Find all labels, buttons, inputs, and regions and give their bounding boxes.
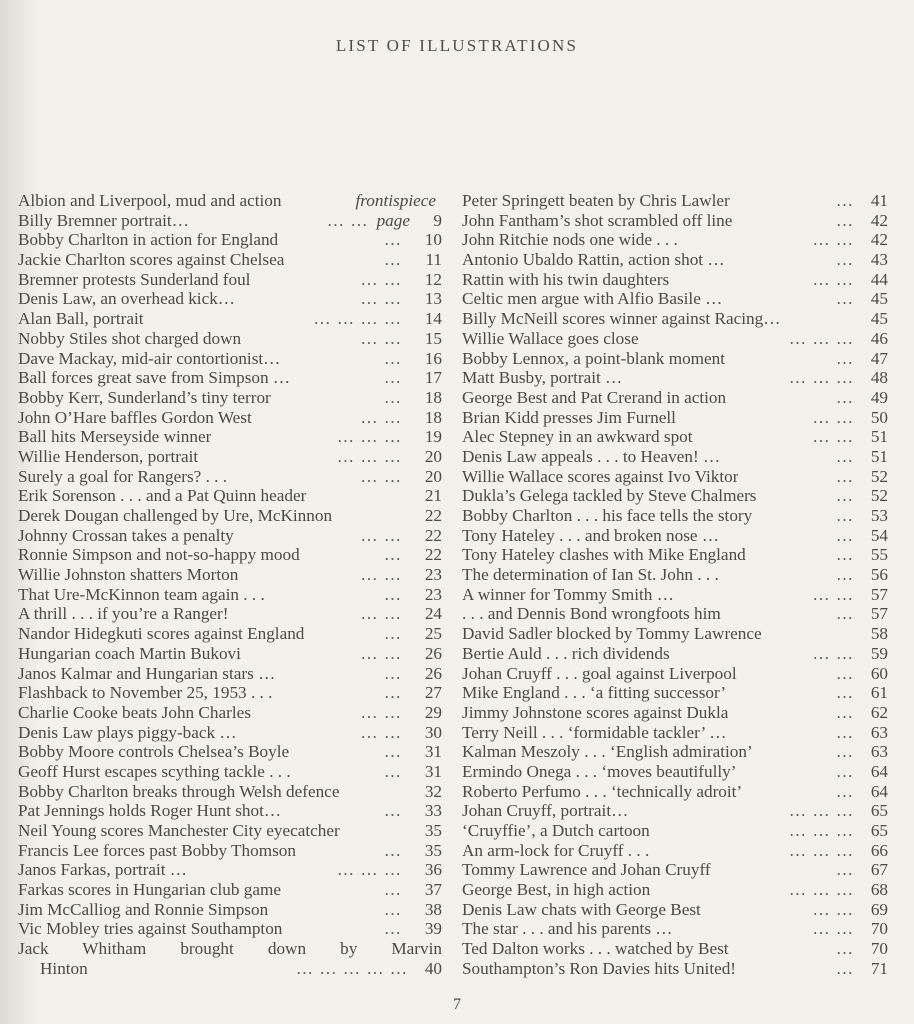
illustration-page-number: 20: [416, 467, 442, 487]
illustration-caption: Janos Farkas, portrait …: [18, 860, 187, 880]
illustration-page-number: 41: [862, 191, 888, 211]
illustration-caption: Flashback to November 25, 1953 . . .: [18, 683, 272, 703]
dot-leader: … …: [237, 723, 410, 743]
illustration-page-number: 39: [416, 919, 442, 939]
illustration-page-number: 48: [862, 368, 888, 388]
illustration-entry: Nandor Hidegkuti scores against England……: [18, 624, 442, 644]
illustration-page-number: 53: [862, 506, 888, 526]
dot-leader: … …: [238, 565, 410, 585]
illustration-page-number: 20: [416, 447, 442, 467]
illustration-caption: Surely a goal for Rangers? . . .: [18, 467, 227, 487]
dot-leader: …: [296, 841, 410, 861]
illustration-page-number: 51: [862, 427, 888, 447]
illustration-entry: Antonio Ubaldo Rattin, action shot ……43: [462, 250, 888, 270]
illustration-caption: Denis Law chats with George Best: [462, 900, 701, 920]
illustration-entry: Janos Kalmar and Hungarian stars ……26: [18, 664, 442, 684]
illustration-page-number: 25: [416, 624, 442, 644]
illustration-page-number: 69: [862, 900, 888, 920]
dot-leader: … …: [673, 919, 863, 939]
illustration-page-number: 9: [416, 211, 442, 231]
illustration-entry: Willie Wallace scores against Ivo Viktor…: [462, 467, 888, 487]
dot-leader: … … …: [211, 427, 410, 447]
dot-leader: …: [725, 349, 862, 369]
illustration-caption: Rattin with his twin daughters: [462, 270, 669, 290]
illustration-caption: A winner for Tommy Smith …: [462, 585, 674, 605]
left-illustrations-column: Albion and Liverpool, mud and actionfron…: [18, 191, 442, 979]
illustration-page-number: 52: [862, 486, 888, 506]
dot-leader: …: [752, 506, 862, 526]
dot-leader: …: [278, 230, 410, 250]
illustration-caption: Kalman Meszoly . . . ‘English admiration…: [462, 742, 753, 762]
illustration-caption: The star . . . and his parents …: [462, 919, 673, 939]
illustration-page-number: 54: [862, 526, 888, 546]
illustration-entry: ‘Cruyffie’, a Dutch cartoon… … …65: [462, 821, 888, 841]
illustration-entry: Vic Mobley tries against Southampton…39: [18, 919, 442, 939]
illustration-caption: Ball forces great save from Simpson …: [18, 368, 290, 388]
illustration-entry: Ball hits Merseyside winner… … …19: [18, 427, 442, 447]
illustration-page-number: 18: [416, 408, 442, 428]
dot-leader: …: [722, 289, 862, 309]
illustration-caption: Bobby Kerr, Sunderland’s tiny terror: [18, 388, 271, 408]
illustration-page-number: 26: [416, 664, 442, 684]
illustration-caption: Peter Springett beaten by Chris Lawler: [462, 191, 730, 211]
illustration-entry: Johnny Crossan takes a penalty… …22: [18, 526, 442, 546]
illustration-caption: Mike England . . . ‘a fitting successor’: [462, 683, 726, 703]
illustration-page-number: 45: [862, 289, 888, 309]
dot-leader: …: [742, 782, 862, 802]
illustration-page-number: 71: [862, 959, 888, 979]
illustration-page-number: 22: [416, 526, 442, 546]
illustration-caption-line2-row: Hinton… … … … …40: [18, 959, 442, 979]
illustration-caption: Billy Bremner portrait…: [18, 211, 189, 231]
illustration-page-number: 65: [862, 801, 888, 821]
illustration-caption: Celtic men argue with Alfio Basile …: [462, 289, 722, 309]
illustration-caption: Willie Henderson, portrait: [18, 447, 198, 467]
dot-leader: … …: [693, 427, 862, 447]
illustration-entry: An arm-lock for Cruyff . . .… … …66: [462, 841, 888, 861]
illustration-caption: Erik Sorenson . . . and a Pat Quinn head…: [18, 486, 306, 506]
illustration-entry: Tony Hateley . . . and broken nose ……54: [462, 526, 888, 546]
illustration-page-number: 13: [416, 289, 442, 309]
illustration-entry: Dave Mackay, mid-air contortionist……16: [18, 349, 442, 369]
illustration-entry: Billy McNeill scores winner against Raci…: [462, 309, 888, 329]
illustration-entry: Flashback to November 25, 1953 . . .…27: [18, 683, 442, 703]
dot-leader: … …: [227, 467, 410, 487]
illustration-page-number: 31: [416, 762, 442, 782]
illustration-caption: An arm-lock for Cruyff . . .: [462, 841, 649, 861]
illustration-page-number: 63: [862, 742, 888, 762]
illustration-entry: Ted Dalton works . . . watched by Best…7…: [462, 939, 888, 959]
illustration-caption: Jimmy Johnstone scores against Dukla: [462, 703, 728, 723]
illustration-caption: Nobby Stiles shot charged down: [18, 329, 241, 349]
illustration-entry: Bobby Charlton . . . his face tells the …: [462, 506, 888, 526]
illustration-page-number: 51: [862, 447, 888, 467]
illustration-entry: Dukla’s Gelega tackled by Steve Chalmers…: [462, 486, 888, 506]
illustration-caption: Ball hits Merseyside winner: [18, 427, 211, 447]
illustration-page-number: 40: [416, 959, 442, 979]
illustration-page-number: 36: [416, 860, 442, 880]
illustration-page-number: 68: [862, 880, 888, 900]
illustration-entry: Alan Ball, portrait… … … …14: [18, 309, 442, 329]
page-prefix-label: frontispiece: [355, 191, 442, 211]
dot-leader: …: [265, 585, 410, 605]
illustration-caption: Alec Stepney in an awkward spot: [462, 427, 693, 447]
dot-leader: …: [728, 703, 862, 723]
illustration-page-number: 64: [862, 762, 888, 782]
illustration-caption: David Sadler blocked by Tommy Lawrence: [462, 624, 762, 644]
dot-leader: … …: [235, 289, 410, 309]
illustration-page-number: 14: [416, 309, 442, 329]
illustration-entry: Matt Busby, portrait …… … …48: [462, 368, 888, 388]
illustration-entry: Johan Cruyff . . . goal against Liverpoo…: [462, 664, 888, 684]
illustration-entry: Denis Law chats with George Best… …69: [462, 900, 888, 920]
illustration-page-number: 29: [416, 703, 442, 723]
dot-leader: … … …: [649, 841, 862, 861]
illustration-entry: David Sadler blocked by Tommy Lawrence58: [462, 624, 888, 644]
illustration-caption: Johan Cruyff . . . goal against Liverpoo…: [462, 664, 737, 684]
illustration-page-number: 10: [416, 230, 442, 250]
dot-leader: …: [729, 939, 862, 959]
illustration-page-number: 56: [862, 565, 888, 585]
illustration-entry: Janos Farkas, portrait …… … …36: [18, 860, 442, 880]
dot-leader: …: [304, 624, 410, 644]
dot-leader: …: [284, 250, 410, 270]
illustration-entry: A thrill . . . if you’re a Ranger!… …24: [18, 604, 442, 624]
illustration-entry: Alec Stepney in an awkward spot… …51: [462, 427, 888, 447]
illustration-page-number: 67: [862, 860, 888, 880]
illustration-entry: Jackie Charlton scores against Chelsea…1…: [18, 250, 442, 270]
page-title: LIST OF ILLUSTRATIONS: [0, 36, 914, 56]
illustration-entry: John O’Hare baffles Gordon West… …18: [18, 408, 442, 428]
illustration-page-number: 23: [416, 565, 442, 585]
dot-leader: … …: [670, 644, 862, 664]
dot-leader: … …: [241, 644, 410, 664]
illustration-page-number: 26: [416, 644, 442, 664]
illustration-caption: Pat Jennings holds Roger Hunt shot…: [18, 801, 281, 821]
dot-leader: … …: [674, 585, 862, 605]
illustration-entry: Bobby Moore controls Chelsea’s Boyle…31: [18, 742, 442, 762]
dot-leader: … … … … …: [88, 959, 416, 979]
illustration-page-number: 33: [416, 801, 442, 821]
illustration-caption: Jim McCalliog and Ronnie Simpson: [18, 900, 268, 920]
illustration-entry: Tommy Lawrence and Johan Cruyff…67: [462, 860, 888, 880]
illustration-caption: Bremner protests Sunderland foul: [18, 270, 250, 290]
illustration-caption: Derek Dougan challenged by Ure, McKinnon: [18, 506, 332, 526]
illustration-page-number: 63: [862, 723, 888, 743]
illustration-caption: Tony Hateley clashes with Mike England: [462, 545, 746, 565]
dot-leader: … …: [701, 900, 862, 920]
illustration-caption: Bobby Lennox, a point-blank moment: [462, 349, 725, 369]
illustration-page-number: 59: [862, 644, 888, 664]
illustration-entry: Mike England . . . ‘a fitting successor’…: [462, 683, 888, 703]
illustration-entry: Johan Cruyff, portrait…… … …65: [462, 801, 888, 821]
illustration-entry: Tony Hateley clashes with Mike England…5…: [462, 545, 888, 565]
illustration-page-number: 37: [416, 880, 442, 900]
illustration-page-number: 47: [862, 349, 888, 369]
illustration-entry: Farkas scores in Hungarian club game…37: [18, 880, 442, 900]
dot-leader: …: [746, 545, 862, 565]
illustration-page-number: 65: [862, 821, 888, 841]
dot-leader: …: [280, 349, 410, 369]
dot-leader: …: [725, 250, 862, 270]
illustration-entry: Bremner protests Sunderland foul… …12: [18, 270, 442, 290]
dot-leader: … … …: [639, 329, 862, 349]
illustration-page-number: 38: [416, 900, 442, 920]
dot-leader: …: [711, 860, 862, 880]
illustration-page-number: 32: [416, 782, 442, 802]
illustration-entry: Francis Lee forces past Bobby Thomson…35: [18, 841, 442, 861]
illustration-caption: Denis Law appeals . . . to Heaven! …: [462, 447, 720, 467]
illustration-entry: Pat Jennings holds Roger Hunt shot……33: [18, 801, 442, 821]
illustration-page-number: 12: [416, 270, 442, 290]
dot-leader: …: [289, 742, 410, 762]
page-number: 7: [0, 996, 914, 1014]
illustration-entry: Terry Neill . . . ‘formidable tackler’ ……: [462, 723, 888, 743]
illustration-entry: Jimmy Johnstone scores against Dukla…62: [462, 703, 888, 723]
illustration-caption: Bobby Moore controls Chelsea’s Boyle: [18, 742, 289, 762]
dot-leader: … … …: [187, 860, 410, 880]
dot-leader: … … … …: [144, 309, 410, 329]
illustration-page-number: 27: [416, 683, 442, 703]
dot-leader: …: [736, 959, 862, 979]
illustration-entry: George Best, in high action… … …68: [462, 880, 888, 900]
illustration-entry: Surely a goal for Rangers? . . .… …20: [18, 467, 442, 487]
illustration-caption: That Ure-McKinnon team again . . .: [18, 585, 265, 605]
illustration-entry: Derek Dougan challenged by Ure, McKinnon…: [18, 506, 442, 526]
illustration-caption: Alan Ball, portrait: [18, 309, 144, 329]
illustration-page-number: 57: [862, 585, 888, 605]
illustration-caption: Ermindo Onega . . . ‘moves beautifully’: [462, 762, 736, 782]
illustration-entry: Denis Law plays piggy-back …… …30: [18, 723, 442, 743]
illustration-caption: Antonio Ubaldo Rattin, action shot …: [462, 250, 725, 270]
illustration-page-number: 31: [416, 742, 442, 762]
illustration-caption: Hungarian coach Martin Bukovi: [18, 644, 241, 664]
illustration-entry: Billy Bremner portrait…… …page9: [18, 211, 442, 231]
illustration-caption: Ted Dalton works . . . watched by Best: [462, 939, 729, 959]
dot-leader: …: [268, 900, 410, 920]
illustration-page-number: 62: [862, 703, 888, 723]
illustration-entry: Bobby Charlton in action for England…10: [18, 230, 442, 250]
illustration-entry: John Fantham’s shot scrambled off line…4…: [462, 211, 888, 231]
illustration-page-number: 35: [416, 821, 442, 841]
illustration-page-number: 50: [862, 408, 888, 428]
illustration-entry: George Best and Pat Crerand in action…49: [462, 388, 888, 408]
dot-leader: … …: [250, 270, 410, 290]
dot-leader: … … …: [622, 368, 862, 388]
illustration-entry: Bobby Charlton breaks through Welsh defe…: [18, 782, 442, 802]
illustration-caption: Bobby Charlton . . . his face tells the …: [462, 506, 752, 526]
illustration-entry: Willie Johnston shatters Morton… …23: [18, 565, 442, 585]
illustration-caption: Ronnie Simpson and not-so-happy mood: [18, 545, 300, 565]
illustration-entry: Willie Wallace goes close… … …46: [462, 329, 888, 349]
illustration-page-number: 70: [862, 939, 888, 959]
dot-leader: … …: [189, 211, 377, 231]
illustration-entry: Albion and Liverpool, mud and actionfron…: [18, 191, 442, 211]
illustration-caption: George Best, in high action: [462, 880, 650, 900]
illustration-caption: Roberto Perfumo . . . ‘technically adroi…: [462, 782, 742, 802]
dot-leader: …: [736, 762, 862, 782]
illustration-caption: Charlie Cooke beats John Charles: [18, 703, 251, 723]
dot-leader: …: [738, 467, 862, 487]
illustration-caption: Denis Law plays piggy-back …: [18, 723, 237, 743]
illustration-caption: A thrill . . . if you’re a Ranger!: [18, 604, 229, 624]
illustration-entry: John Ritchie nods one wide . . .… …42: [462, 230, 888, 250]
illustration-caption: Jackie Charlton scores against Chelsea: [18, 250, 284, 270]
illustration-caption: Neil Young scores Manchester City eyecat…: [18, 821, 340, 841]
illustration-page-number: 61: [862, 683, 888, 703]
illustration-page-number: 49: [862, 388, 888, 408]
dot-leader: …: [720, 447, 862, 467]
dot-leader: …: [281, 801, 410, 821]
page-prefix-label: page: [377, 211, 416, 231]
illustration-page-number: 64: [862, 782, 888, 802]
illustration-entry: Bobby Lennox, a point-blank moment…47: [462, 349, 888, 369]
illustration-caption: Willie Wallace goes close: [462, 329, 639, 349]
illustration-page-number: 57: [862, 604, 888, 624]
dot-leader: …: [290, 368, 410, 388]
illustration-caption: John Ritchie nods one wide . . .: [462, 230, 678, 250]
illustration-caption: Willie Wallace scores against Ivo Viktor: [462, 467, 738, 487]
dot-leader: …: [719, 526, 862, 546]
illustration-entry: Charlie Cooke beats John Charles… …29: [18, 703, 442, 723]
illustration-caption-line2: Hinton: [40, 959, 88, 979]
dot-leader: … …: [251, 703, 410, 723]
illustration-entry: Erik Sorenson . . . and a Pat Quinn head…: [18, 486, 442, 506]
illustration-caption: George Best and Pat Crerand in action: [462, 388, 726, 408]
illustration-entry: Roberto Perfumo . . . ‘technically adroi…: [462, 782, 888, 802]
dot-leader: … …: [229, 604, 411, 624]
illustration-page-number: 45: [862, 309, 888, 329]
illustration-entry: Peter Springett beaten by Chris Lawler…4…: [462, 191, 888, 211]
dot-leader: … … …: [628, 801, 862, 821]
illustration-page-number: 55: [862, 545, 888, 565]
dot-leader: …: [732, 211, 862, 231]
dot-leader: … …: [669, 270, 862, 290]
dot-leader: …: [753, 742, 862, 762]
illustration-caption: Vic Mobley tries against Southampton: [18, 919, 282, 939]
illustration-caption-line1: Jack Whitham brought down by Marvin: [18, 939, 442, 959]
dot-leader: …: [282, 919, 410, 939]
dot-leader: …: [726, 723, 862, 743]
dot-leader: …: [271, 388, 410, 408]
illustration-entry: Ball forces great save from Simpson ……17: [18, 368, 442, 388]
illustration-caption: Tommy Lawrence and Johan Cruyff: [462, 860, 711, 880]
illustration-entry: Bobby Kerr, Sunderland’s tiny terror…18: [18, 388, 442, 408]
illustration-caption: Albion and Liverpool, mud and action: [18, 191, 282, 211]
illustration-caption: Willie Johnston shatters Morton: [18, 565, 238, 585]
illustration-entry: Neil Young scores Manchester City eyecat…: [18, 821, 442, 841]
dot-leader: … … …: [198, 447, 410, 467]
illustration-caption: Francis Lee forces past Bobby Thomson: [18, 841, 296, 861]
illustration-caption: Billy McNeill scores winner against Raci…: [462, 309, 780, 329]
illustration-page-number: 42: [862, 211, 888, 231]
illustration-caption: Dave Mackay, mid-air contortionist…: [18, 349, 280, 369]
dot-leader: … … …: [650, 880, 862, 900]
illustration-page-number: 44: [862, 270, 888, 290]
illustration-entry: Southampton’s Ron Davies hits United!…71: [462, 959, 888, 979]
illustration-page-number: 52: [862, 467, 888, 487]
illustration-page-number: 16: [416, 349, 442, 369]
illustration-page-number: 19: [416, 427, 442, 447]
illustration-entry: Kalman Meszoly . . . ‘English admiration…: [462, 742, 888, 762]
illustration-caption: Dukla’s Gelega tackled by Steve Chalmers: [462, 486, 757, 506]
dot-leader: …: [726, 683, 862, 703]
illustration-entry: Hungarian coach Martin Bukovi… …26: [18, 644, 442, 664]
illustration-caption: Janos Kalmar and Hungarian stars …: [18, 664, 275, 684]
illustration-caption: John O’Hare baffles Gordon West: [18, 408, 252, 428]
illustration-page-number: 70: [862, 919, 888, 939]
illustration-caption: Bobby Charlton breaks through Welsh defe…: [18, 782, 339, 802]
illustration-page-number: 60: [862, 664, 888, 684]
illustration-page-number: 30: [416, 723, 442, 743]
illustration-page-number: 23: [416, 585, 442, 605]
dot-leader: …: [272, 683, 410, 703]
illustration-page-number: 11: [416, 250, 442, 270]
illustration-entry: The star . . . and his parents …… …70: [462, 919, 888, 939]
illustration-caption: Bertie Auld . . . rich dividends: [462, 644, 670, 664]
illustration-caption: The determination of Ian St. John . . .: [462, 565, 719, 585]
illustration-caption: Tony Hateley . . . and broken nose …: [462, 526, 719, 546]
illustration-entry: Denis Law appeals . . . to Heaven! ……51: [462, 447, 888, 467]
illustration-page-number: 66: [862, 841, 888, 861]
illustration-page-number: 15: [416, 329, 442, 349]
illustration-caption: Terry Neill . . . ‘formidable tackler’ …: [462, 723, 726, 743]
illustration-caption: Southampton’s Ron Davies hits United!: [462, 959, 736, 979]
illustration-page-number: 17: [416, 368, 442, 388]
dot-leader: …: [730, 191, 862, 211]
illustration-entry: That Ure-McKinnon team again . . .…23: [18, 585, 442, 605]
illustration-caption: . . . and Dennis Bond wrongfoots him: [462, 604, 721, 624]
illustration-entry: Denis Law, an overhead kick…… …13: [18, 289, 442, 309]
illustration-caption: ‘Cruyffie’, a Dutch cartoon: [462, 821, 650, 841]
illustration-entry: Brian Kidd presses Jim Furnell… …50: [462, 408, 888, 428]
dot-leader: …: [737, 664, 862, 684]
illustration-entry: The determination of Ian St. John . . .……: [462, 565, 888, 585]
illustration-entry: Bertie Auld . . . rich dividends… …59: [462, 644, 888, 664]
illustration-entry: Celtic men argue with Alfio Basile ……45: [462, 289, 888, 309]
illustration-caption: Farkas scores in Hungarian club game: [18, 880, 281, 900]
illustration-caption: Matt Busby, portrait …: [462, 368, 622, 388]
dot-leader: … … …: [650, 821, 862, 841]
dot-leader: …: [757, 486, 863, 506]
illustration-entry: Nobby Stiles shot charged down… …15: [18, 329, 442, 349]
illustration-page-number: 22: [416, 545, 442, 565]
illustration-caption: Johan Cruyff, portrait…: [462, 801, 628, 821]
dot-leader: … …: [234, 526, 410, 546]
dot-leader: …: [719, 565, 862, 585]
dot-leader: …: [726, 388, 862, 408]
illustration-entry-wrapped: Jack Whitham brought down by MarvinHinto…: [18, 939, 442, 978]
illustration-page-number: 18: [416, 388, 442, 408]
illustration-entry: Ronnie Simpson and not-so-happy mood…22: [18, 545, 442, 565]
illustration-caption: Bobby Charlton in action for England: [18, 230, 278, 250]
illustration-caption: Geoff Hurst escapes scything tackle . . …: [18, 762, 291, 782]
illustration-page-number: 21: [416, 486, 442, 506]
illustration-entry: Willie Henderson, portrait… … …20: [18, 447, 442, 467]
illustration-entry: . . . and Dennis Bond wrongfoots him…57: [462, 604, 888, 624]
right-illustrations-column: Peter Springett beaten by Chris Lawler…4…: [462, 191, 888, 979]
dot-leader: … …: [678, 230, 862, 250]
illustration-caption: Johnny Crossan takes a penalty: [18, 526, 234, 546]
dot-leader: …: [281, 880, 410, 900]
illustration-entry: Rattin with his twin daughters… …44: [462, 270, 888, 290]
dot-leader: …: [275, 664, 410, 684]
illustration-caption: John Fantham’s shot scrambled off line: [462, 211, 732, 231]
dot-leader: …: [291, 762, 410, 782]
illustration-page-number: 35: [416, 841, 442, 861]
illustration-caption: Denis Law, an overhead kick…: [18, 289, 235, 309]
illustration-caption: Nandor Hidegkuti scores against England: [18, 624, 304, 644]
